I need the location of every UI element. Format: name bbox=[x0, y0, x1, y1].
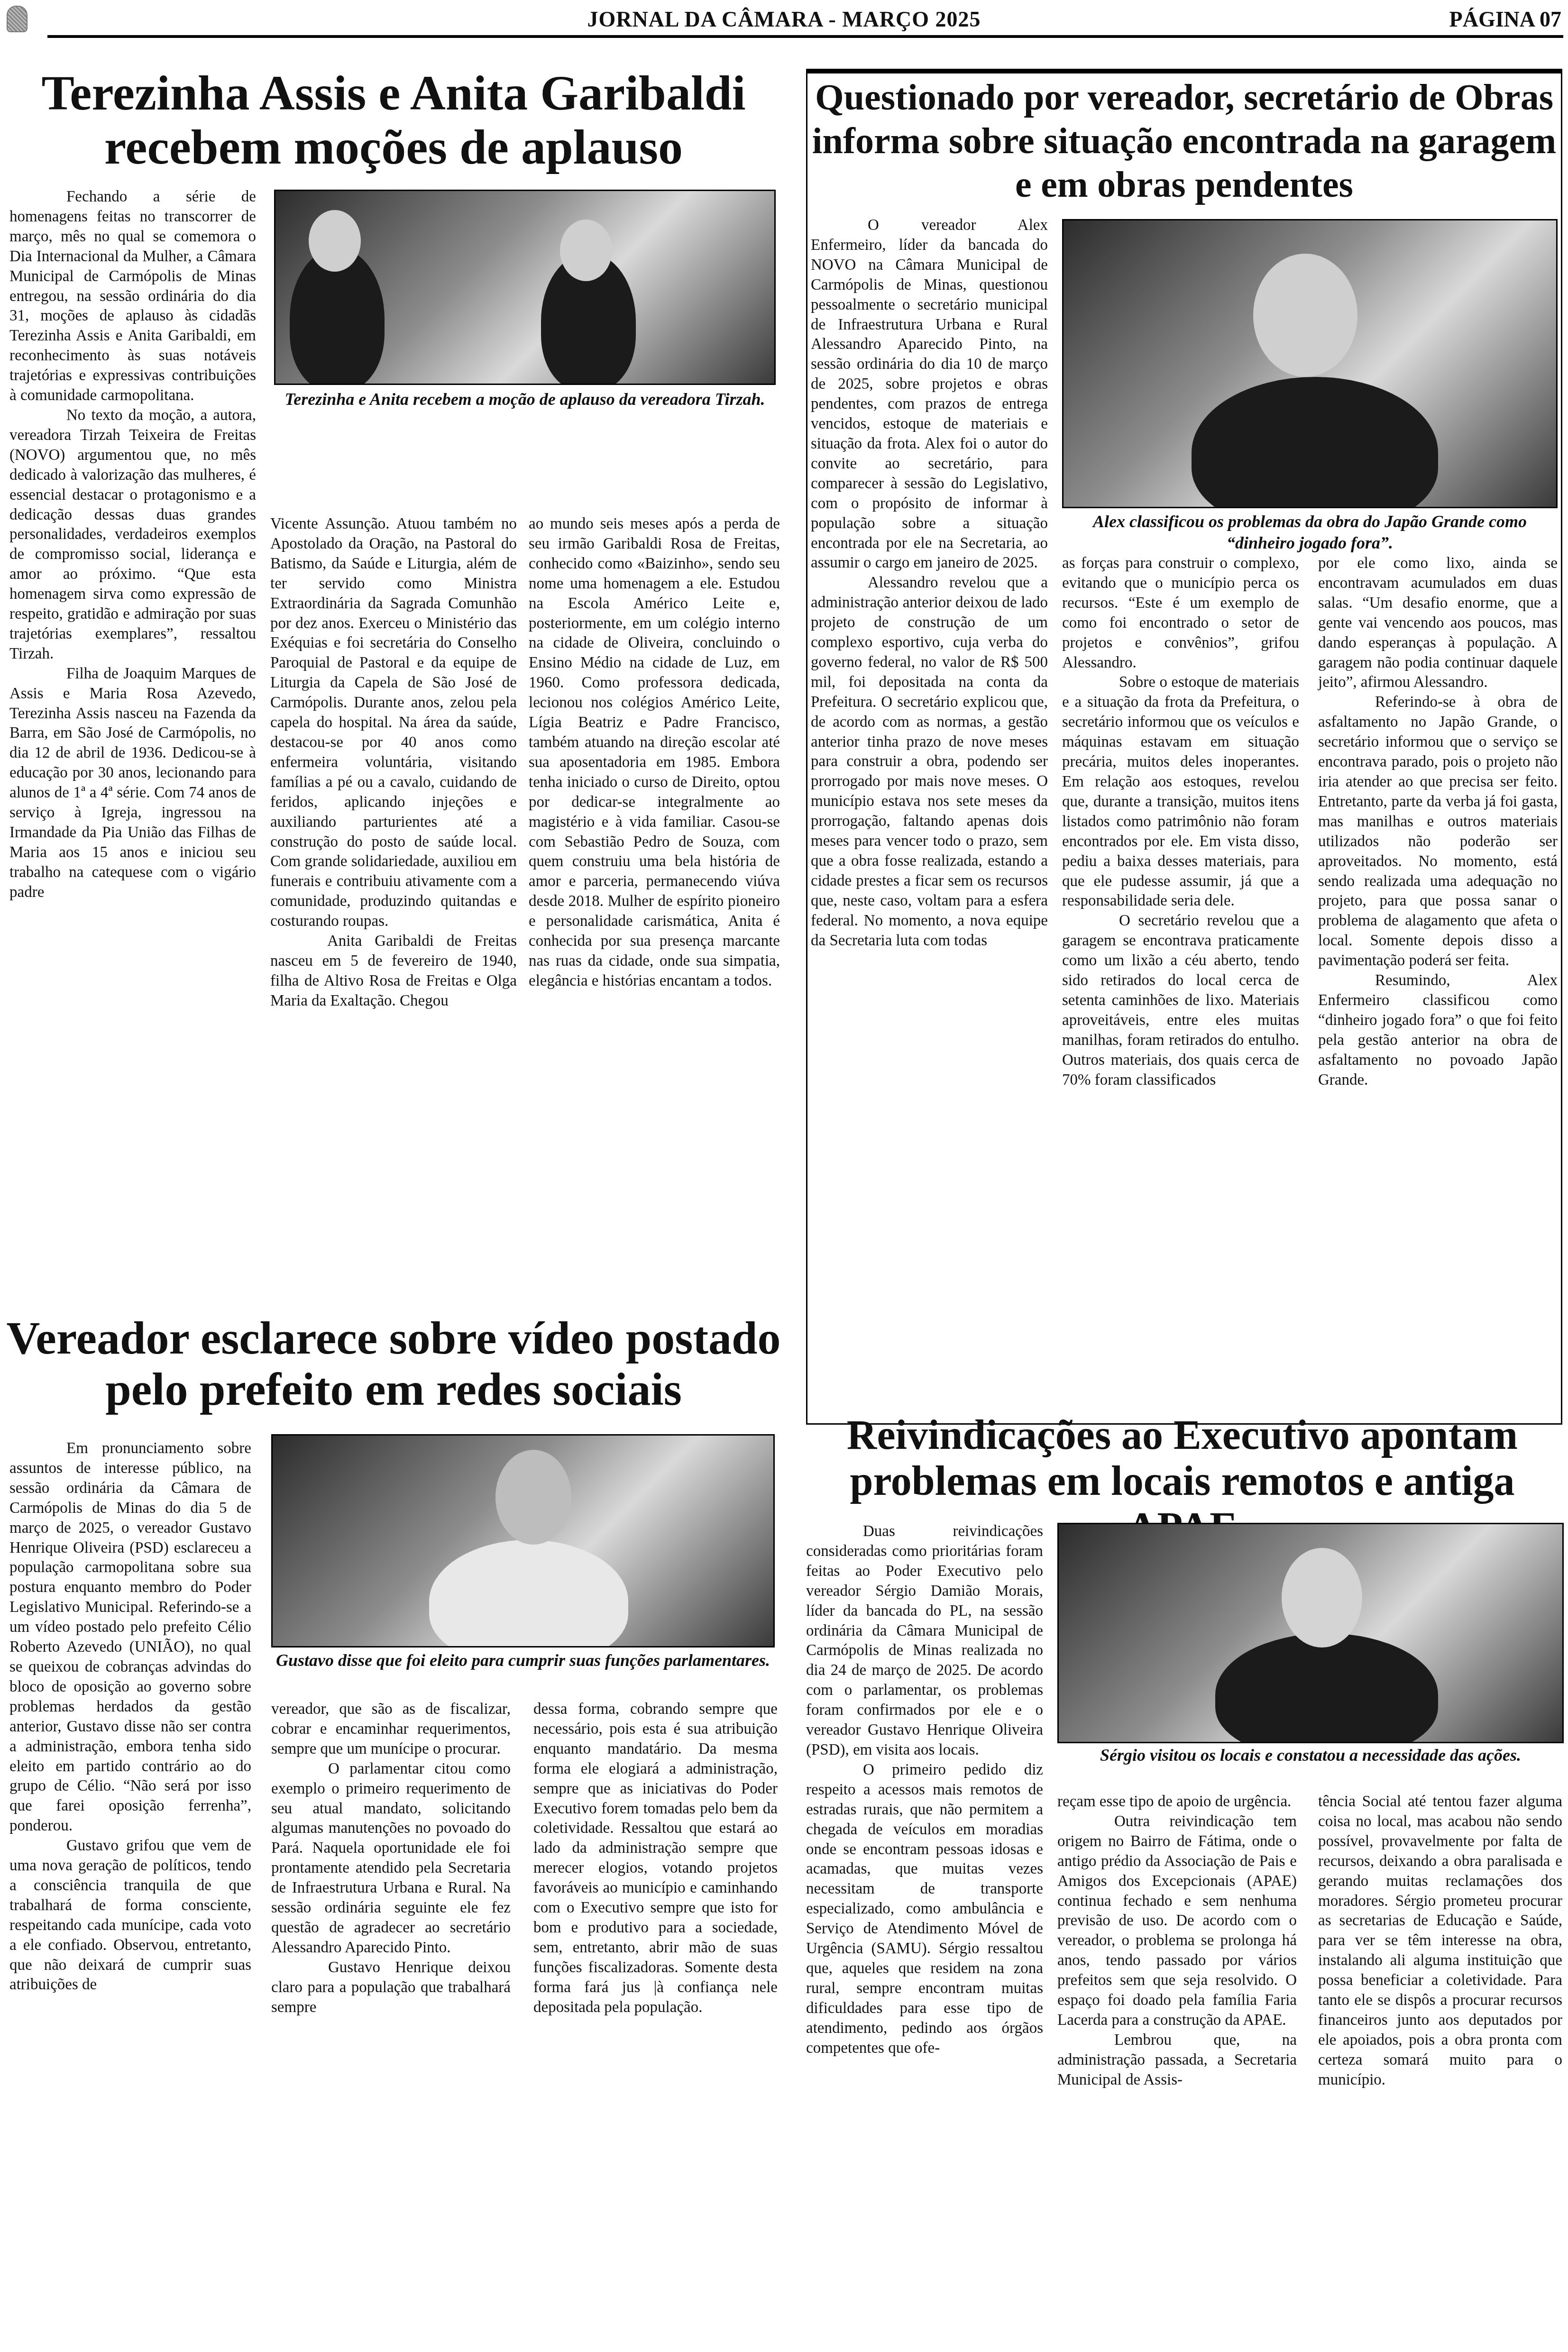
paragraph: Fechando a série de homenagens feitas no… bbox=[9, 187, 256, 406]
paragraph: O vereador Alex Enfermeiro, líder da ban… bbox=[811, 216, 1048, 573]
article2-column-3: por ele como lixo, ainda se encontravam … bbox=[1318, 554, 1558, 1090]
paragraph: O primeiro pedido diz respeito a acessos… bbox=[806, 1760, 1043, 2059]
paragraph: vereador, que são as de fiscalizar, cobr… bbox=[271, 1700, 511, 1759]
article1-column-1: Fechando a série de homenagens feitas no… bbox=[9, 187, 256, 903]
paragraph: Gustavo grifou que vem de uma nova geraç… bbox=[9, 1836, 251, 1995]
article1-column-3: ao mundo seis meses após a perda de seu … bbox=[529, 514, 780, 991]
page-number: PÁGINA 07 bbox=[1449, 7, 1561, 32]
paragraph: Lembrou que, na administração passada, a… bbox=[1057, 2031, 1297, 2090]
article3-headline: Vereador esclarece sobre vídeo postado p… bbox=[5, 1313, 782, 1416]
paragraph: Duas reivindicações consideradas como pr… bbox=[806, 1522, 1043, 1760]
paragraph: Referindo-se à obra de asfaltamento no J… bbox=[1318, 693, 1558, 971]
paragraph: Sobre o estoque de materiais e a situaçã… bbox=[1062, 673, 1299, 911]
paragraph: Filha de Joaquim Marques de Assis e Mari… bbox=[9, 664, 256, 903]
paragraph: Resumindo, Alex Enfermeiro classificou c… bbox=[1318, 971, 1558, 1090]
paragraph: Em pronunciamento sobre assuntos de inte… bbox=[9, 1439, 251, 1836]
article3-caption: Gustavo disse que foi eleito para cumpri… bbox=[271, 1650, 775, 1671]
paragraph: tência Social até tentou fazer alguma co… bbox=[1318, 1792, 1562, 2090]
article1-column-2: Vicente Assunção. Atuou também no Aposto… bbox=[270, 514, 517, 1011]
article2-headline: Questionado por vereador, secretário de … bbox=[807, 75, 1561, 206]
article4-column-1: Duas reivindicações consideradas como pr… bbox=[806, 1522, 1043, 2058]
article1-caption: Terezinha e Anita recebem a moção de apl… bbox=[274, 389, 776, 410]
paragraph: O secretário revelou que a garagem se en… bbox=[1062, 911, 1299, 1090]
article4-photo bbox=[1057, 1523, 1564, 1743]
masthead: JORNAL DA CÂMARA - MARÇO 2025 PÁGINA 07 bbox=[0, 0, 1568, 38]
article3-column-2: vereador, que são as de fiscalizar, cobr… bbox=[271, 1700, 511, 2018]
article4-column-3: tência Social até tentou fazer alguma co… bbox=[1318, 1792, 1562, 2090]
paragraph: Alessandro revelou que a administração a… bbox=[811, 573, 1048, 951]
paragraph: Anita Garibaldi de Freitas nasceu em 5 d… bbox=[270, 932, 517, 1011]
paragraph: reçam esse tipo de apoio de urgência. bbox=[1057, 1792, 1297, 1812]
paragraph: Gustavo Henrique deixou claro para a pop… bbox=[271, 1958, 511, 2018]
paragraph: por ele como lixo, ainda se encontravam … bbox=[1318, 554, 1558, 693]
paragraph: ao mundo seis meses após a perda de seu … bbox=[529, 514, 780, 991]
paragraph: O parlamentar citou como exemplo o prime… bbox=[271, 1759, 511, 1958]
article3-photo bbox=[271, 1434, 775, 1647]
article3-column-1: Em pronunciamento sobre assuntos de inte… bbox=[9, 1439, 251, 1995]
newspaper-title: JORNAL DA CÂMARA - MARÇO 2025 bbox=[0, 7, 1568, 32]
article4-caption: Sérgio visitou os locais e constatou a n… bbox=[1057, 1745, 1564, 1766]
article2-photo bbox=[1062, 219, 1558, 508]
article3-column-3: dessa forma, cobrando sempre que necessá… bbox=[533, 1700, 778, 2018]
paragraph: dessa forma, cobrando sempre que necessá… bbox=[533, 1700, 778, 2018]
paragraph: as forças para construir o complexo, evi… bbox=[1062, 554, 1299, 673]
article1-headline: Terezinha Assis e Anita Garibaldi recebe… bbox=[5, 66, 782, 175]
article2-column-2: as forças para construir o complexo, evi… bbox=[1062, 554, 1299, 1090]
paragraph: Vicente Assunção. Atuou também no Aposto… bbox=[270, 514, 517, 932]
paragraph: No texto da moção, a autora, vereadora T… bbox=[9, 406, 256, 664]
masthead-rule bbox=[47, 35, 1563, 38]
paragraph: Outra reivindicação tem origem no Bairro… bbox=[1057, 1812, 1297, 2031]
article4-column-2: reçam esse tipo de apoio de urgência. Ou… bbox=[1057, 1792, 1297, 2090]
article1-photo bbox=[274, 190, 776, 385]
article2-column-1: O vereador Alex Enfermeiro, líder da ban… bbox=[811, 216, 1048, 951]
article2-caption: Alex classificou os problemas da obra do… bbox=[1062, 511, 1558, 554]
